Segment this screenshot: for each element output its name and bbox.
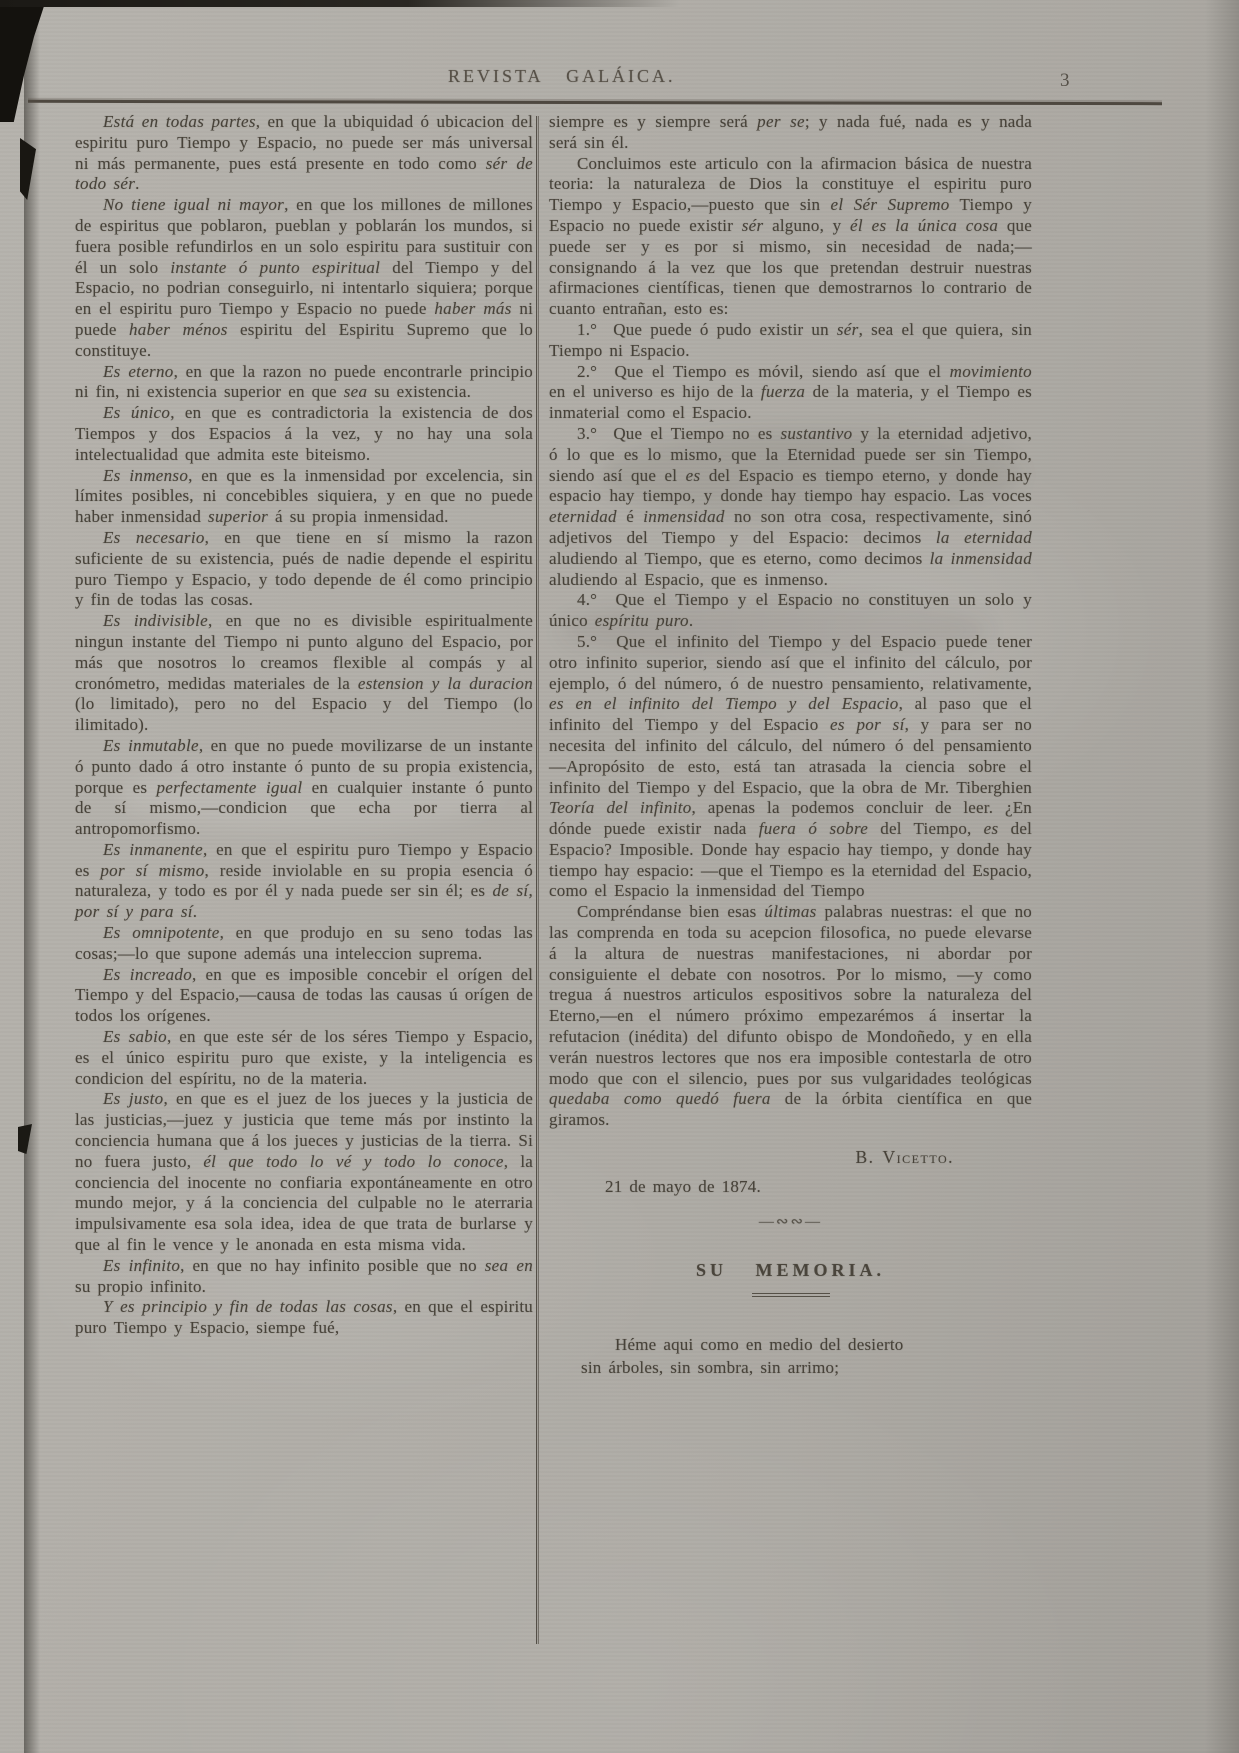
header-rule <box>28 100 1162 105</box>
article-date: 21 de mayo de 1874. <box>605 1177 1032 1198</box>
paragraph: Es infinito, en que no hay infinito posi… <box>75 1256 533 1298</box>
page-edge-left <box>0 0 24 1753</box>
paragraph: Y es principio y fin de todas las cosas,… <box>75 1297 533 1339</box>
verse-line: Héme aqui como en medio del desierto <box>615 1333 1032 1356</box>
verse: Héme aqui como en medio del desierto sin… <box>549 1333 1032 1379</box>
right-column: siempre es y siempre será per se; y nada… <box>549 112 1032 1379</box>
section-title: SU MEMORIA. <box>549 1260 1032 1281</box>
paragraph: Es único, en que es contradictoria la ex… <box>75 403 533 465</box>
paragraph: Compréndanse bien esas últimas palabras … <box>549 902 1032 1131</box>
paragraph: Es inmutable, en que no puede movilizars… <box>75 736 533 840</box>
paragraph: Es inmanente, en que el espiritu puro Ti… <box>75 840 533 923</box>
paragraph: No tiene igual ni mayor, en que los mill… <box>75 195 533 361</box>
paragraph: Es increado, en que es imposible concebi… <box>75 965 533 1027</box>
section-divider-ornament: —∾∾— <box>549 1212 1032 1233</box>
paragraph: Es indivisible, en que no es divisible e… <box>75 611 533 736</box>
page-edge-top <box>0 0 680 7</box>
paragraph: Es sabio, en que este sér de los séres T… <box>75 1027 533 1089</box>
paragraph: Es eterno, en que la razon no puede enco… <box>75 362 533 404</box>
right-column-text: siempre es y siempre será per se; y nada… <box>549 112 1032 1131</box>
paragraph: Es justo, en que es el juez de los juece… <box>75 1089 533 1255</box>
paragraph: siempre es y siempre será per se; y nada… <box>549 112 1032 154</box>
paragraph: 3.° Que el Tiempo no es sustantivo y la … <box>549 424 1032 590</box>
column-divider <box>536 116 539 1644</box>
paragraph: 2.° Que el Tiempo es móvil, siendo así q… <box>549 362 1032 424</box>
paragraph: Es omnipotente, en que produjo en su sen… <box>75 923 533 965</box>
page-number: 3 <box>1060 70 1070 92</box>
verse-line: sin árboles, sin sombra, sin arrimo; <box>581 1356 1032 1379</box>
paragraph: Es necesario, en que tiene en sí mismo l… <box>75 528 533 611</box>
paragraph: 4.° Que el Tiempo y el Espacio no consti… <box>549 590 1032 632</box>
signature: B. Vicetto. <box>549 1147 954 1168</box>
page-edge-right <box>1205 0 1239 1753</box>
journal-title: REVISTA GALÁICA. <box>448 66 676 87</box>
page-scan: REVISTA GALÁICA. 3 Está en todas partes,… <box>0 0 1239 1753</box>
section-title-rule <box>752 1293 830 1297</box>
paragraph: Está en todas partes, en que la ubiquida… <box>75 112 533 195</box>
paragraph: 1.° Que puede ó pudo existir un sér, sea… <box>549 320 1032 362</box>
paragraph: Es inmenso, en que es la inmensidad por … <box>75 466 533 528</box>
paragraph: 5.° Que el infinito del Tiempo y del Esp… <box>549 632 1032 902</box>
left-column: Está en todas partes, en que la ubiquida… <box>75 112 533 1339</box>
paragraph: Concluimos este articulo con la afirmaci… <box>549 154 1032 320</box>
page-edge-left-shadow <box>24 0 40 1753</box>
